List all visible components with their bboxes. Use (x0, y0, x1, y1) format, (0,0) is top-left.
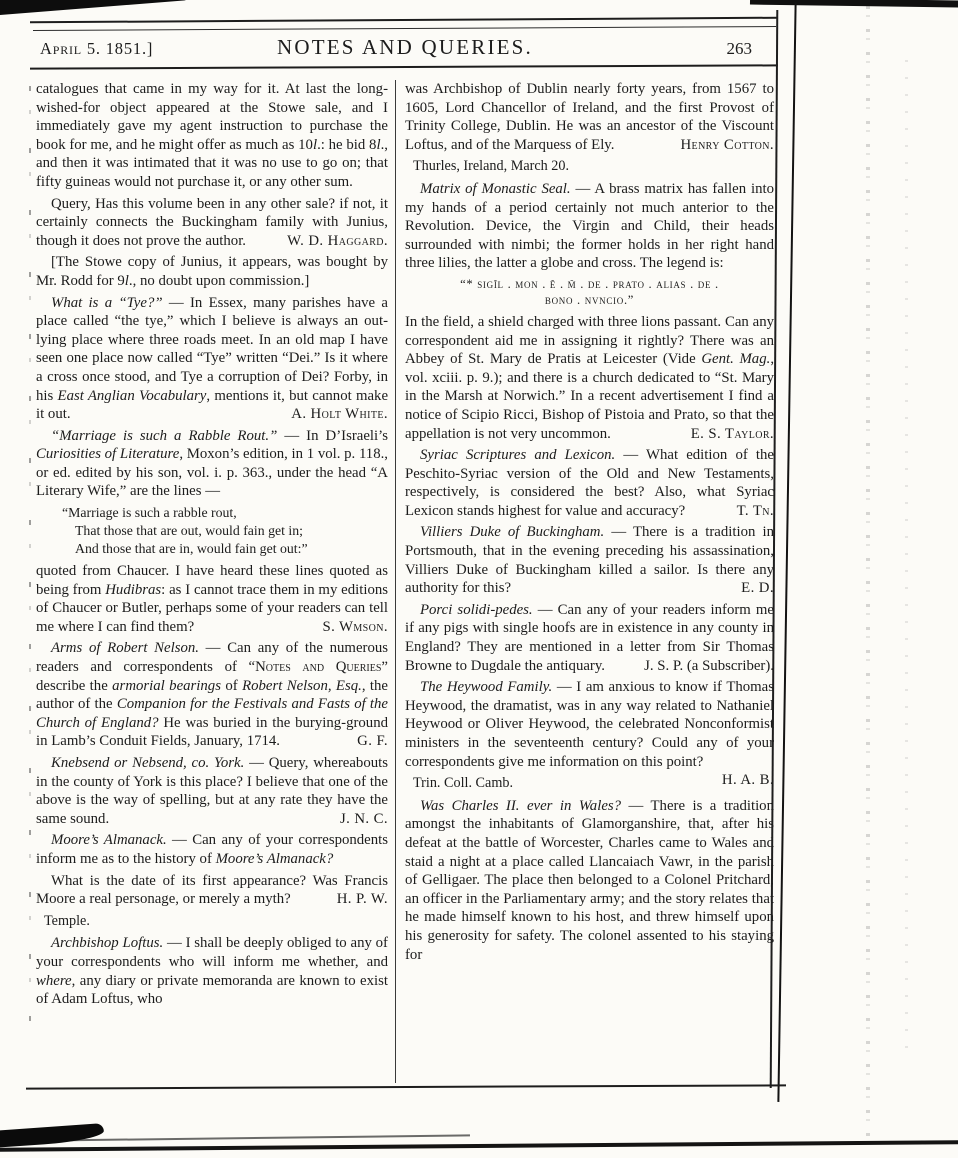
verse-line: That those that are out, would fain get … (75, 522, 388, 540)
paragraph: Was Charles II. ever in Wales? — There i… (405, 797, 774, 964)
page-frame-left-marks (29, 86, 31, 1036)
dateline: Thurles, Ireland, March 20. (413, 157, 774, 176)
signature: H. P. W. (310, 890, 388, 909)
text-run: Knebsend or Nebsend, co. York. (51, 755, 244, 771)
dateline: Temple. (44, 912, 388, 931)
paragraph: The Heywood Family. — I am anxious to kn… (405, 678, 774, 771)
signature: H. A. B. (695, 771, 774, 790)
signature: S. Wmson. (310, 618, 388, 637)
text-run: where (36, 973, 72, 989)
page-frame-bottom-rule (26, 1084, 786, 1089)
scan-speckles (866, 6, 870, 1151)
paragraph: Knebsend or Nebsend, co. York. — Query, … (36, 754, 388, 828)
paragraph: quoted from Chaucer. I have heard these … (36, 562, 388, 636)
text-run: Notes and Queries (255, 659, 381, 675)
text-run: Curiosities of Literature (36, 446, 179, 462)
text-run: Archbishop Loftus. (51, 935, 163, 951)
paragraph: What is the date of its first appearance… (36, 872, 388, 909)
scan-artifact-top-left (0, 0, 192, 16)
text-run: East Anglian Vocabulary (58, 388, 207, 404)
paragraph: Porci solidi-pedes. — Can any of your re… (405, 601, 774, 675)
text-run: ., no doubt upon commission.] (129, 273, 309, 289)
signature: J. S. P. (a Subscriber). (617, 657, 774, 676)
paragraph: “Marriage is such a Rabble Rout.” — In D… (36, 427, 388, 501)
text-run: , any diary or private memoranda are kno… (36, 973, 388, 1008)
text-run: — In D’Israeli’s (277, 428, 388, 444)
text-run: — There is a tradition amongst the inhab… (405, 798, 774, 963)
verse-line: “Marriage is such a rabble rout, (62, 504, 388, 522)
text-run: Villiers Duke of Buckingham. (420, 524, 604, 540)
scan-artifact-bottom-left (0, 1123, 104, 1148)
paragraph: Arms of Robert Nelson. — Can any of the … (36, 639, 388, 751)
signature: E. D. (714, 579, 774, 598)
paragraph: Matrix of Monastic Seal. — A brass matri… (405, 180, 774, 273)
paragraph: catalogues that came in my way for it. A… (36, 80, 388, 192)
signature: T. Tn. (710, 502, 774, 521)
signature: A. Holt White. (264, 405, 388, 424)
text-run: .: he bid 8 (317, 137, 376, 153)
text-run: “Marriage is such a Rabble Rout.” (51, 428, 277, 444)
text-run: Moore’s Almanack? (216, 851, 334, 867)
text-columns: catalogues that came in my way for it. A… (36, 80, 774, 1084)
paragraph: What is a “Tye?” — In Essex, many parish… (36, 294, 388, 424)
editorial-note: [The Stowe copy of Junius, it appears, w… (36, 253, 388, 290)
scan-edge-line (0, 1140, 958, 1152)
scanned-page: April 5. 1851.] NOTES AND QUERIES. 263 c… (0, 0, 958, 1158)
page-frame-top-rule-outer (30, 17, 778, 24)
text-run: Gent. Mag. (701, 351, 770, 367)
verse-quotation: “Marriage is such a rabble rout,That tho… (62, 504, 388, 558)
scan-speckles (905, 60, 908, 1060)
paragraph: Syriac Scriptures and Lexicon. — What ed… (405, 446, 774, 520)
scan-edge-line-secondary (40, 1134, 470, 1141)
legend-line: “* sigĩl . mon . ẽ . m̃ . de . prato . a… (409, 276, 770, 293)
page-title: NOTES AND QUERIES. (210, 35, 600, 60)
text-run: Matrix of Monastic Seal. (420, 181, 571, 197)
page-frame-right-rule-outer (777, 2, 796, 1102)
text-run: The Heywood Family. (420, 679, 552, 695)
paragraph: Archbishop Loftus. — I shall be deeply o… (36, 934, 388, 1008)
page-frame-top-rule-inner (33, 26, 776, 31)
column-left: catalogues that came in my way for it. A… (36, 80, 388, 1084)
page-number: 263 (600, 39, 770, 59)
running-head: April 5. 1851.] NOTES AND QUERIES. 263 (40, 35, 770, 60)
legend-line: bono . nvncio.” (409, 292, 770, 309)
text-run: of (221, 678, 242, 694)
column-divider-rule (395, 80, 396, 1083)
verse-line: And those that are in, would fain get ou… (75, 540, 388, 558)
signature: G. F. (330, 732, 388, 751)
text-run: Syriac Scriptures and Lexicon. (420, 447, 615, 463)
paragraph: was Archbishop of Dublin nearly forty ye… (405, 80, 774, 154)
paragraph: In the field, a shield charged with thre… (405, 313, 774, 443)
signature: E. S. Taylor. (679, 425, 774, 444)
running-head-rule (30, 64, 778, 69)
issue-date: April 5. 1851.] (40, 39, 210, 59)
text-run: Arms of Robert Nelson. (51, 640, 199, 656)
text-run: Moore’s Almanack. (51, 832, 167, 848)
text-run: Was Charles II. ever in Wales? (420, 798, 621, 814)
signature: Henry Cotton. (668, 136, 774, 155)
seal-legend: “* sigĩl . mon . ẽ . m̃ . de . prato . a… (409, 276, 770, 309)
text-run: Porci solidi-pedes. (420, 602, 533, 618)
paragraph: Moore’s Almanack. — Can any of your corr… (36, 831, 388, 868)
signature: W. D. Haggard. (260, 232, 388, 251)
text-run: Hudibras (105, 582, 161, 598)
text-run: What is a “Tye?” (51, 295, 163, 311)
signature: J. N. C. (313, 810, 388, 829)
paragraph: Villiers Duke of Buckingham. — There is … (405, 523, 774, 597)
column-right: was Archbishop of Dublin nearly forty ye… (405, 80, 774, 1084)
paragraph: Query, Has this volume been in any other… (36, 195, 388, 251)
text-run: armorial bearings (112, 678, 221, 694)
scan-artifact-top-right (750, 0, 958, 7)
text-run: Robert Nelson, Esq. (242, 678, 362, 694)
